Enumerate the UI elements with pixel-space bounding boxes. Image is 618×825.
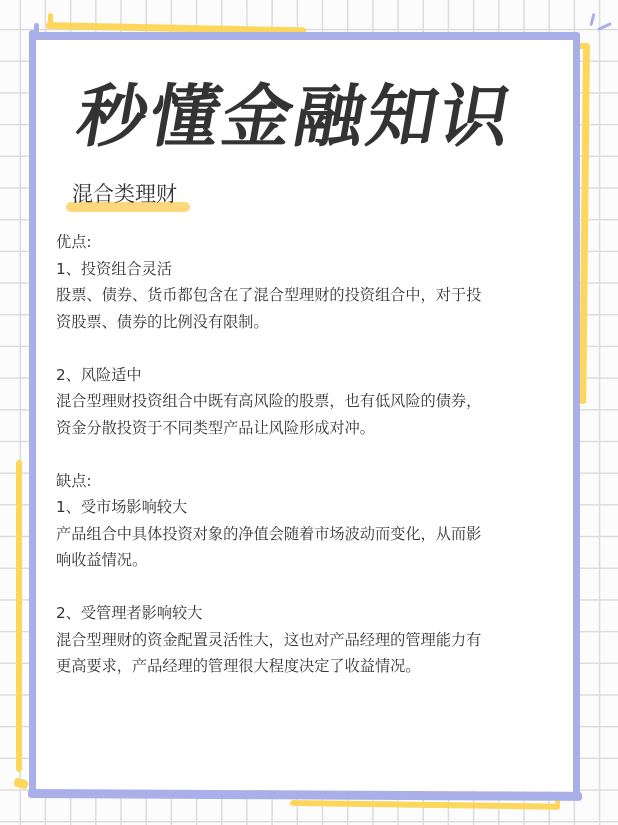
- cons-item-text: 产品组合中具体投资对象的净值会随着市场波动而变化，从而影: [56, 521, 556, 548]
- sparkle-decoration: [597, 22, 612, 31]
- cons-item-text: 混合型理财的资金配置灵活性大，这也对产品经理的管理能力有: [56, 627, 556, 654]
- pros-item-text: 资股票、债券的比例没有限制。: [56, 309, 556, 336]
- sparkle-decoration: [589, 13, 595, 26]
- pros-item-title: 2、风险适中: [56, 362, 556, 389]
- pros-item-title: 1、投资组合灵活: [56, 256, 556, 283]
- spacer: [56, 335, 556, 362]
- frame-yellow-bottom: [290, 800, 560, 810]
- frame-purple-left: [29, 30, 36, 792]
- pros-item-text: 资金分散投资于不同类型产品让风险形成对冲。: [56, 415, 556, 442]
- spacer: [56, 441, 556, 468]
- pros-item-text: 股票、债券、货币都包含在了混合型理财的投资组合中，对于投: [56, 282, 556, 309]
- pros-item-text: 混合型理财投资组合中既有高风险的股票，也有低风险的债券，: [56, 388, 556, 415]
- frame-yellow-left: [16, 460, 22, 772]
- frame-yellow-left-foot: [13, 777, 29, 789]
- frame-yellow-top-tick: [48, 13, 53, 27]
- frame-purple-right: [573, 34, 580, 794]
- cons-item-title: 2、受管理者影响较大: [56, 600, 556, 627]
- frame-yellow-right: [579, 44, 590, 404]
- article-body: 优点: 1、投资组合灵活 股票、债券、货币都包含在了混合型理财的投资组合中，对于…: [56, 229, 556, 680]
- section-heading-text: 混合类理财: [72, 178, 177, 210]
- frame-purple-bottom: [28, 789, 582, 801]
- cons-item-text: 响收益情况。: [56, 547, 556, 574]
- spacer: [56, 574, 556, 601]
- cons-heading: 缺点:: [56, 468, 556, 495]
- page-title: 秒懂金融知识: [71, 80, 564, 156]
- frame-purple-top: [32, 32, 580, 40]
- pros-heading: 优点:: [56, 229, 556, 256]
- cons-item-title: 1、受市场影响较大: [56, 494, 556, 521]
- section-heading: 混合类理财: [66, 178, 171, 210]
- cons-item-text: 更高要求，产品经理的管理很大程度决定了收益情况。: [56, 653, 556, 680]
